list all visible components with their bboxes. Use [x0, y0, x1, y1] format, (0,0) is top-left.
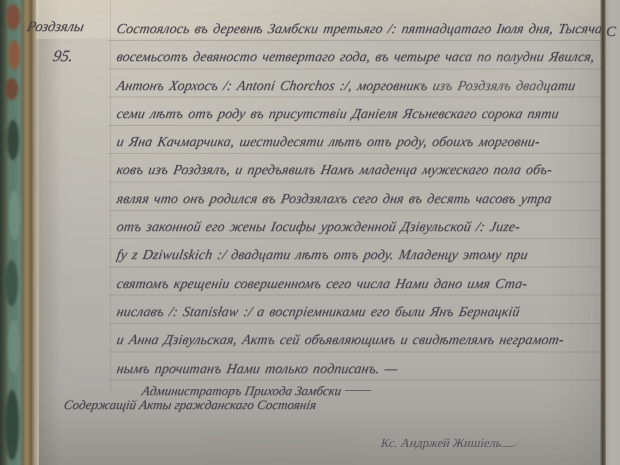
- body-line: семи лѣтъ отъ роду въ присутствіи Даніел…: [114, 101, 604, 129]
- marbling-speck: [6, 4, 20, 30]
- next-page-text-fragment: С: [606, 24, 616, 41]
- body-line: и Анна Дзівульская, Актъ сей объявляющим…: [114, 327, 604, 355]
- body-line: и Яна Качмарчика, шестидесяти лѣтъ отъ р…: [114, 129, 604, 157]
- marbling-speck: [7, 120, 19, 160]
- body-line: святомъ крещеніи совершенномъ сего числа…: [114, 271, 604, 299]
- book-binding: [0, 0, 39, 465]
- body-line: являя что онъ родился въ Роздзялахъ сего…: [114, 186, 604, 214]
- marbling-speck: [5, 390, 19, 460]
- page-fold-shadow: [39, 0, 65, 465]
- margin-place-note: Роздзялы: [25, 19, 85, 36]
- paper-blotch: [200, 430, 360, 460]
- paper-blotch: [430, 60, 550, 110]
- closing-line-registrar: Содержащій Акты гражданскаго Состоянія: [63, 397, 318, 413]
- document-page: С Роздзялы 95. Состоялось въ деревнѣ Зам…: [0, 0, 620, 465]
- signature: Кс. Андржей Жишіель: [379, 436, 522, 451]
- marbling-speck: [5, 78, 18, 100]
- body-line: Состоялось въ деревнѣ Замбски третьяго /…: [114, 16, 604, 44]
- body-line: ковъ изъ Роздзялъ, и предъявилъ Намъ мла…: [114, 157, 604, 185]
- body-line: fy z Dziwulskich :/ двадцати лѣтъ отъ ро…: [114, 242, 604, 270]
- next-page-edge: [606, 0, 620, 465]
- marbling-speck: [9, 190, 20, 240]
- body-line: отъ законной его жены Іосифы урожденной …: [114, 214, 604, 242]
- margin-rule-line: [110, 0, 111, 392]
- body-line: ниславъ /: Stanisław :/ а воспріемниками…: [114, 299, 604, 327]
- marbling-speck: [8, 320, 20, 374]
- marbling-speck: [8, 40, 20, 70]
- act-number: 95.: [51, 48, 75, 66]
- body-line: нымъ прочитанъ Нами только подписанъ. —: [114, 356, 604, 384]
- marbling-speck: [5, 260, 18, 306]
